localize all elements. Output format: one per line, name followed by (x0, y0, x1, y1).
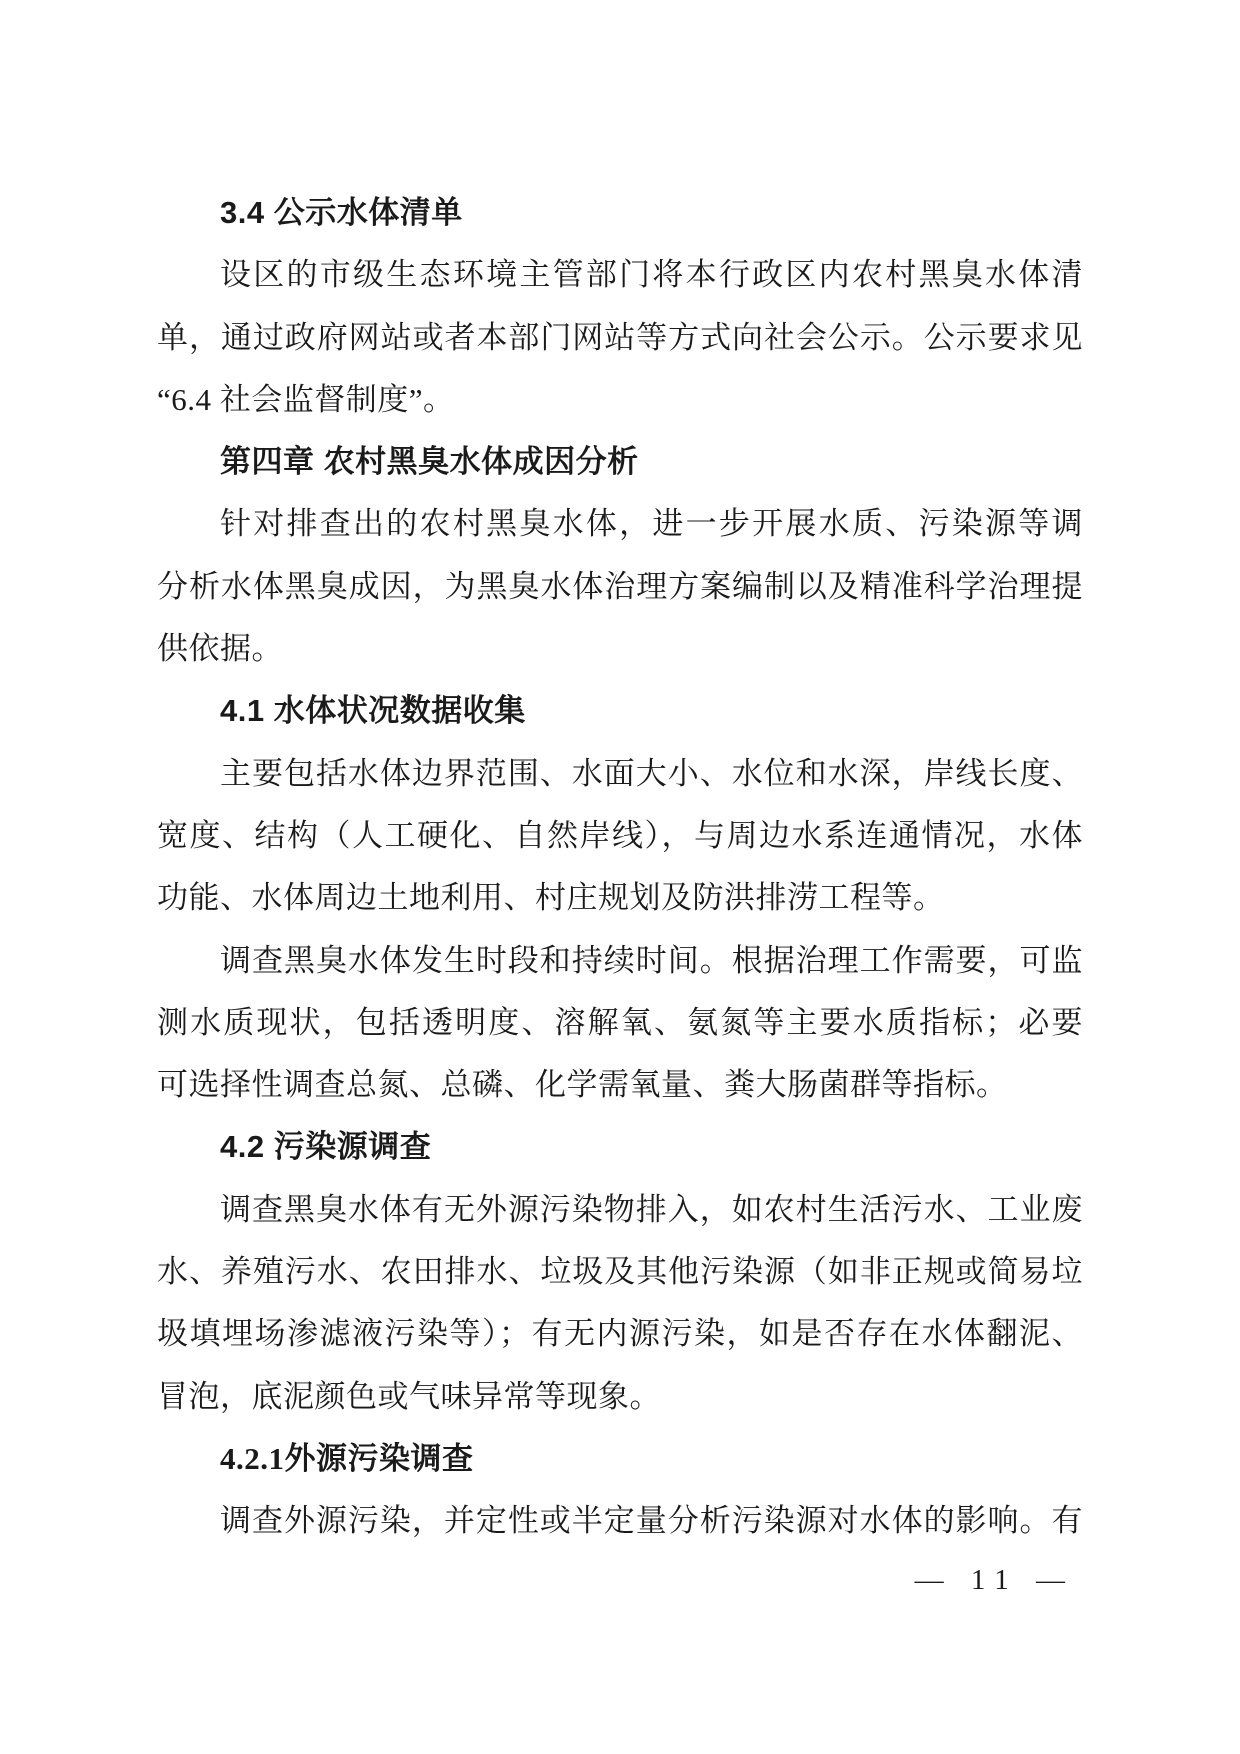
body-line: 调查黑臭水体有无外源污染物排入，如农村生活污水、工业废 (157, 1179, 1083, 1241)
body-line: 调查外源污染，并定性或半定量分析污染源对水体的影响。有 (157, 1490, 1083, 1552)
body-line: 设区的市级生态环境主管部门将本行政区内农村黑臭水体清 (157, 244, 1083, 306)
body-line: 单，通过政府网站或者本部门网站等方式向社会公示。公示要求见 (157, 307, 1083, 369)
page-number: — 11 — (915, 1564, 1075, 1596)
body-line: 可选择性调查总氮、总磷、化学需氧量、粪大肠菌群等指标。 (157, 1054, 1083, 1116)
body-line: 针对排查出的农村黑臭水体，进一步开展水质、污染源等调查， (157, 493, 1083, 555)
heading-4-2: 4.2 污染源调查 (157, 1116, 1083, 1178)
body-line: 供依据。 (157, 618, 1083, 680)
document-content: 3.4 公示水体清单 设区的市级生态环境主管部门将本行政区内农村黑臭水体清 单，… (157, 182, 1083, 1553)
heading-chapter-4: 第四章 农村黑臭水体成因分析 (157, 431, 1083, 493)
body-line: 主要包括水体边界范围、水面大小、水位和水深，岸线长度、 (157, 743, 1083, 805)
heading-4-1: 4.1 水体状况数据收集 (157, 680, 1083, 742)
page-footer: — 11 — (915, 1562, 1075, 1598)
body-line: 调查黑臭水体发生时段和持续时间。根据治理工作需要，可监 (157, 930, 1083, 992)
body-line: 功能、水体周边土地利用、村庄规划及防洪排涝工程等。 (157, 867, 1083, 929)
body-line: 圾填埋场渗滤液污染等）；有无内源污染，如是否存在水体翻泥、 (157, 1303, 1083, 1365)
heading-3-4: 3.4 公示水体清单 (157, 182, 1083, 244)
document-page: 3.4 公示水体清单 设区的市级生态环境主管部门将本行政区内农村黑臭水体清 单，… (0, 0, 1240, 1754)
body-line: “6.4 社会监督制度”。 (157, 369, 1083, 431)
body-line: 水、养殖污水、农田排水、垃圾及其他污染源（如非正规或简易垃 (157, 1241, 1083, 1303)
body-line: 冒泡，底泥颜色或气味异常等现象。 (157, 1366, 1083, 1428)
body-line: 分析水体黑臭成因，为黑臭水体治理方案编制以及精准科学治理提 (157, 556, 1083, 618)
body-line: 测水质现状，包括透明度、溶解氧、氨氮等主要水质指标；必要时， (157, 992, 1083, 1054)
heading-4-2-1: 4.2.1外源污染调查 (157, 1428, 1083, 1490)
body-line: 宽度、结构（人工硬化、自然岸线），与周边水系连通情况，水体 (157, 805, 1083, 867)
